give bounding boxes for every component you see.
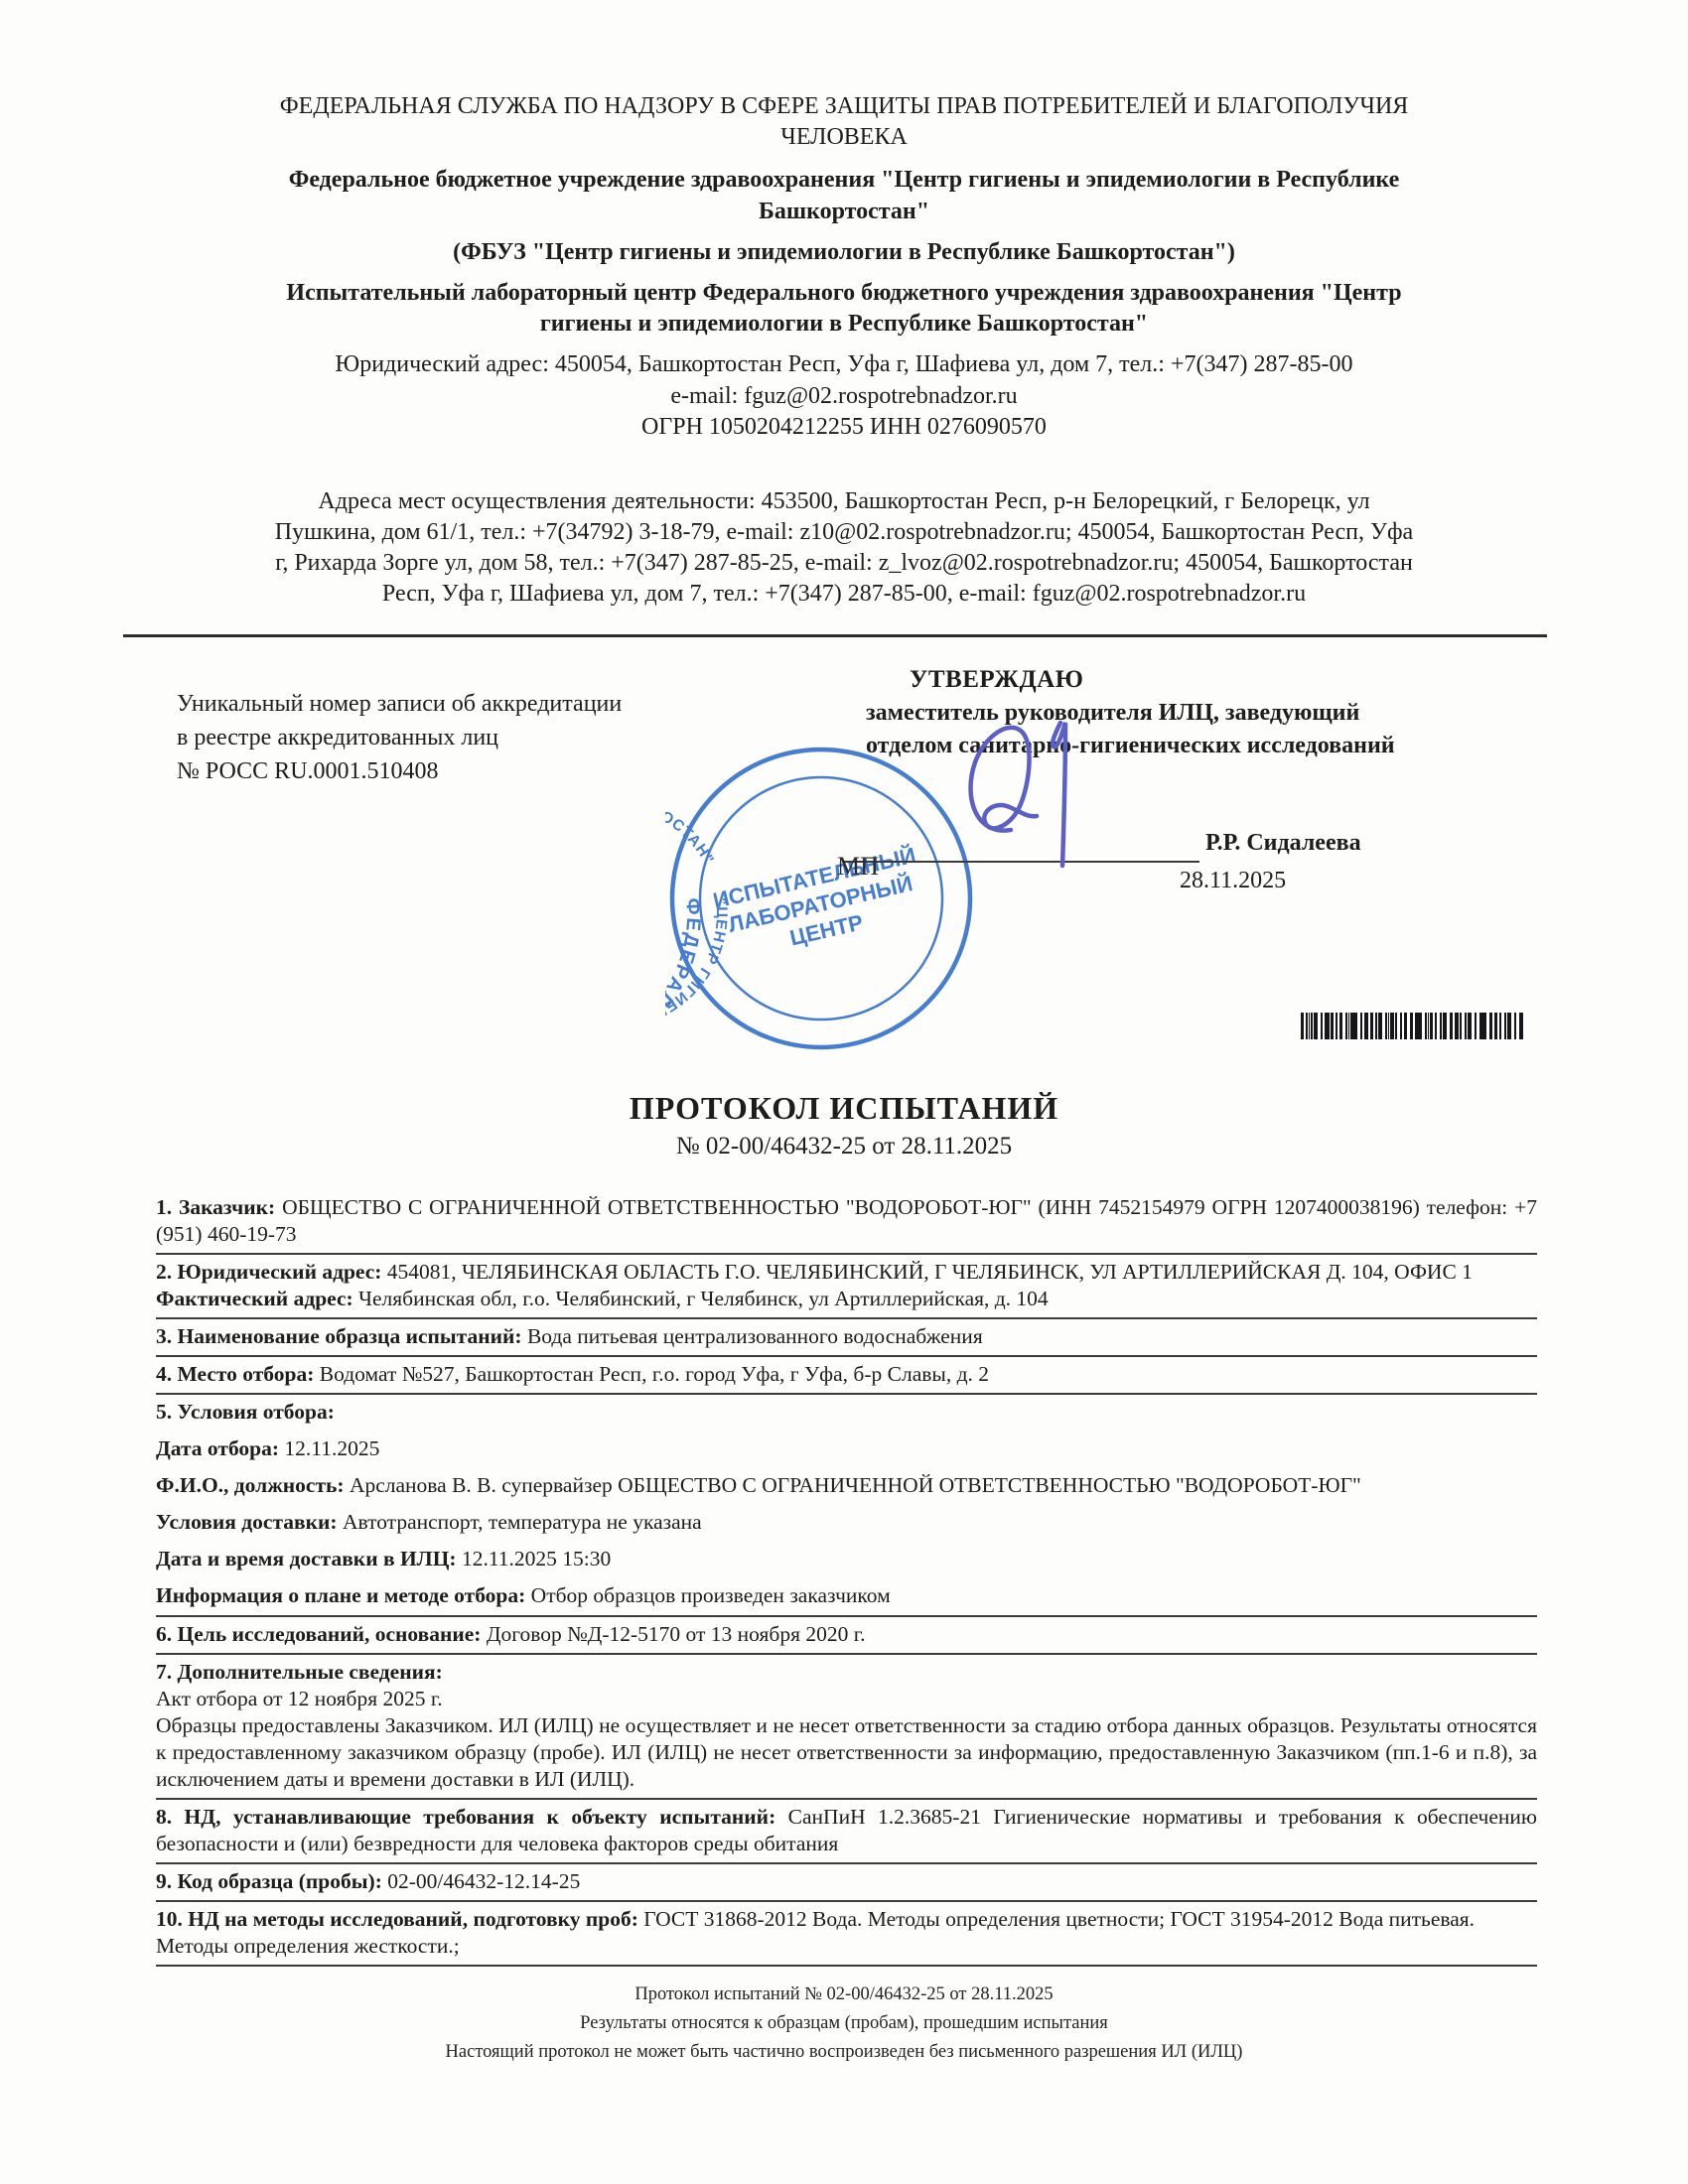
activity-line3: г, Рихарда Зорге ул, дом 58, тел.: +7(34… [0, 548, 1688, 579]
document-header: ФЕДЕРАЛЬНАЯ СЛУЖБА ПО НАДЗОРУ В СФЕРЕ ЗА… [0, 0, 1688, 611]
delivery-conditions-label: Условия доставки: [156, 1510, 338, 1534]
section-customer: 1. Заказчик: ОБЩЕСТВО С ОГРАНИЧЕННОЙ ОТВ… [156, 1190, 1537, 1255]
lab-center-line2: гигиены и эпидемиологии в Республике Баш… [0, 309, 1688, 340]
section-sampling-conditions: 5. Условия отбора: Дата отбора: 12.11.20… [156, 1395, 1537, 1616]
sample-code-label: 9. Код образца (пробы): [156, 1869, 382, 1893]
delivery-conditions-row: Условия доставки: Автотранспорт, темпера… [156, 1509, 1537, 1536]
delivery-datetime-label: Дата и время доставки в ИЛЦ: [156, 1547, 457, 1570]
stamp-image: ФЕДЕРАЛЬНОЕ БЮДЖЕТНОЕ УЧРЕЖДЕНИЕ ЗДРАВОО… [665, 743, 977, 1054]
section-sample-code: 9. Код образца (пробы): 02-00/46432-12.1… [156, 1864, 1537, 1902]
signer-name: Р.Р. Сидалеева [1205, 830, 1361, 857]
actual-address-row: Фактический адрес: Челябинская обл, г.о.… [156, 1286, 1537, 1312]
protocol-title-block: ПРОТОКОЛ ИСПЫТАНИЙ № 02-00/46432-25 от 2… [0, 1090, 1688, 1160]
activity-addresses: Адреса мест осуществления деятельности: … [0, 486, 1688, 611]
sampling-plan-value: Отбор образцов произведен заказчиком [531, 1583, 891, 1607]
sampling-plan-row: Информация о плане и методе отбора: Отбо… [156, 1582, 1537, 1609]
federal-service-line2: ЧЕЛОВЕКА [0, 122, 1688, 153]
protocol-title: ПРОТОКОЛ ИСПЫТАНИЙ [0, 1090, 1688, 1127]
actual-address-label: Фактический адрес: [156, 1287, 353, 1310]
section-customer-label: 1. Заказчик: [156, 1195, 275, 1219]
footer-protocol-ref: Протокол испытаний № 02-00/46432-25 от 2… [0, 1980, 1688, 2009]
section-sample-name: 3. Наименование образца испытаний: Вода … [156, 1319, 1537, 1357]
delivery-datetime-value: 12.11.2025 15:30 [462, 1547, 611, 1570]
purpose-label: 6. Цель исследований, основание: [156, 1622, 481, 1646]
federal-service-name: ФЕДЕРАЛЬНАЯ СЛУЖБА ПО НАДЗОРУ В СФЕРЕ ЗА… [0, 91, 1688, 153]
section-requirements: 8. НД, устанавливающие требования к объе… [156, 1800, 1537, 1864]
accreditation-line1: Уникальный номер записи об аккредитации [177, 687, 622, 721]
accreditation-block: Уникальный номер записи об аккредитации … [177, 687, 622, 788]
lab-center-line1: Испытательный лабораторный центр Федерал… [0, 278, 1688, 309]
sampler-label: Ф.И.О., должность: [156, 1473, 345, 1497]
protocol-document-page: ФЕДЕРАЛЬНАЯ СЛУЖБА ПО НАДЗОРУ В СФЕРЕ ЗА… [0, 0, 1688, 2184]
sampler-row: Ф.И.О., должность: Арсланова В. В. супер… [156, 1472, 1537, 1499]
approve-title: УТВЕРЖДАЮ [910, 663, 1395, 698]
org-email: e-mail: fguz@02.rospotrebnadzor.ru [0, 381, 1688, 412]
additional-info-label: 7. Дополнительные сведения: [156, 1659, 1537, 1686]
ogrn-inn: ОГРН 1050204212255 ИНН 0276090570 [0, 412, 1688, 443]
delivery-datetime-row: Дата и время доставки в ИЛЦ: 12.11.2025 … [156, 1546, 1537, 1572]
section-legal-address: 2. Юридический адрес: 454081, ЧЕЛЯБИНСКА… [156, 1255, 1537, 1319]
activity-line1: Адреса мест осуществления деятельности: … [0, 486, 1688, 517]
sampling-place-label: 4. Место отбора: [156, 1362, 314, 1386]
activity-line2: Пушкина, дом 61/1, тел.: +7(34792) 3-18-… [0, 517, 1688, 548]
barcode [1301, 1013, 1523, 1039]
section-methods: 10. НД на методы исследований, подготовк… [156, 1902, 1537, 1967]
legal-address: Юридический адрес: 450054, Башкортостан … [0, 349, 1688, 380]
activity-line4: Респ, Уфа г, Шафиева ул, дом 7, тел.: +7… [0, 579, 1688, 610]
sample-name-label: 3. Наименование образца испытаний: [156, 1324, 522, 1348]
protocol-number: № 02-00/46432-25 от 28.11.2025 [0, 1133, 1688, 1160]
purpose-value: Договор №Д-12-5170 от 13 ноября 2020 г. [487, 1622, 866, 1646]
organization-name-line1: Федеральное бюджетное учреждение здравоо… [0, 165, 1688, 196]
section-customer-value: ОБЩЕСТВО С ОГРАНИЧЕННОЙ ОТВЕТСТВЕННОСТЬЮ… [156, 1195, 1537, 1246]
additional-info-act: Акт отбора от 12 ноября 2025 г. [156, 1686, 1537, 1712]
section-sampling-place: 4. Место отбора: Водомат №527, Башкортос… [156, 1357, 1537, 1395]
actual-address-value: Челябинская обл, г.о. Челябинский, г Чел… [358, 1287, 1049, 1310]
delivery-conditions-value: Автотранспорт, температура не указана [343, 1510, 702, 1534]
sampling-date-value: 12.11.2025 [284, 1436, 379, 1460]
page-footer: Протокол испытаний № 02-00/46432-25 от 2… [0, 1980, 1688, 2066]
sampling-plan-label: Информация о плане и методе отбора: [156, 1583, 525, 1607]
additional-info-text: Образцы предоставлены Заказчиком. ИЛ (ИЛ… [156, 1712, 1537, 1793]
organization-name: Федеральное бюджетное учреждение здравоо… [0, 165, 1688, 226]
round-stamp: ФЕДЕРАЛЬНОЕ БЮДЖЕТНОЕ УЧРЕЖДЕНИЕ ЗДРАВОО… [665, 743, 977, 1054]
sampler-value: Арсланова В. В. супервайзер ОБЩЕСТВО С О… [350, 1473, 1361, 1497]
sampling-conditions-label: 5. Условия отбора: [156, 1399, 1537, 1426]
section-purpose: 6. Цель исследований, основание: Договор… [156, 1617, 1537, 1655]
sampling-date-label: Дата отбора: [156, 1436, 279, 1460]
section-additional-info: 7. Дополнительные сведения: Акт отбора о… [156, 1655, 1537, 1800]
legal-address-value: 454081, ЧЕЛЯБИНСКАЯ ОБЛАСТЬ Г.О. ЧЕЛЯБИН… [387, 1260, 1473, 1284]
approval-date: 28.11.2025 [1180, 868, 1286, 894]
footer-reproduction-note: Настоящий протокол не может быть частичн… [0, 2038, 1688, 2067]
handwritten-signature [945, 709, 1134, 878]
sample-name-value: Вода питьевая централизованного водоснаб… [527, 1324, 983, 1348]
federal-service-line1: ФЕДЕРАЛЬНАЯ СЛУЖБА ПО НАДЗОРУ В СФЕРЕ ЗА… [0, 91, 1688, 122]
sampling-place-value: Водомат №527, Башкортостан Респ, г.о. го… [320, 1362, 989, 1386]
approval-area: Уникальный номер записи об аккредитации … [0, 637, 1688, 1086]
accreditation-number: № РОСС RU.0001.510408 [177, 754, 622, 788]
sampling-date-row: Дата отбора: 12.11.2025 [156, 1435, 1537, 1462]
requirements-label: 8. НД, устанавливающие требования к объе… [156, 1805, 775, 1829]
methods-label: 10. НД на методы исследований, подготовк… [156, 1907, 638, 1931]
organization-name-line2: Башкортостан" [0, 197, 1688, 227]
footer-results-note: Результаты относятся к образцам (пробам)… [0, 2009, 1688, 2038]
protocol-body: 1. Заказчик: ОБЩЕСТВО С ОГРАНИЧЕННОЙ ОТВ… [156, 1190, 1537, 1968]
legal-address-row: 2. Юридический адрес: 454081, ЧЕЛЯБИНСКА… [156, 1259, 1537, 1286]
legal-address-label: 2. Юридический адрес: [156, 1260, 381, 1284]
signature-stroke [945, 709, 1134, 878]
seal-place-mark: МП [837, 852, 879, 882]
accreditation-line2: в реестре аккредитованных лиц [177, 721, 622, 754]
sample-code-value: 02-00/46432-12.14-25 [387, 1869, 580, 1893]
lab-center-name: Испытательный лабораторный центр Федерал… [0, 278, 1688, 340]
organization-short-name: (ФБУЗ "Центр гигиены и эпидемиологии в Р… [0, 237, 1688, 268]
